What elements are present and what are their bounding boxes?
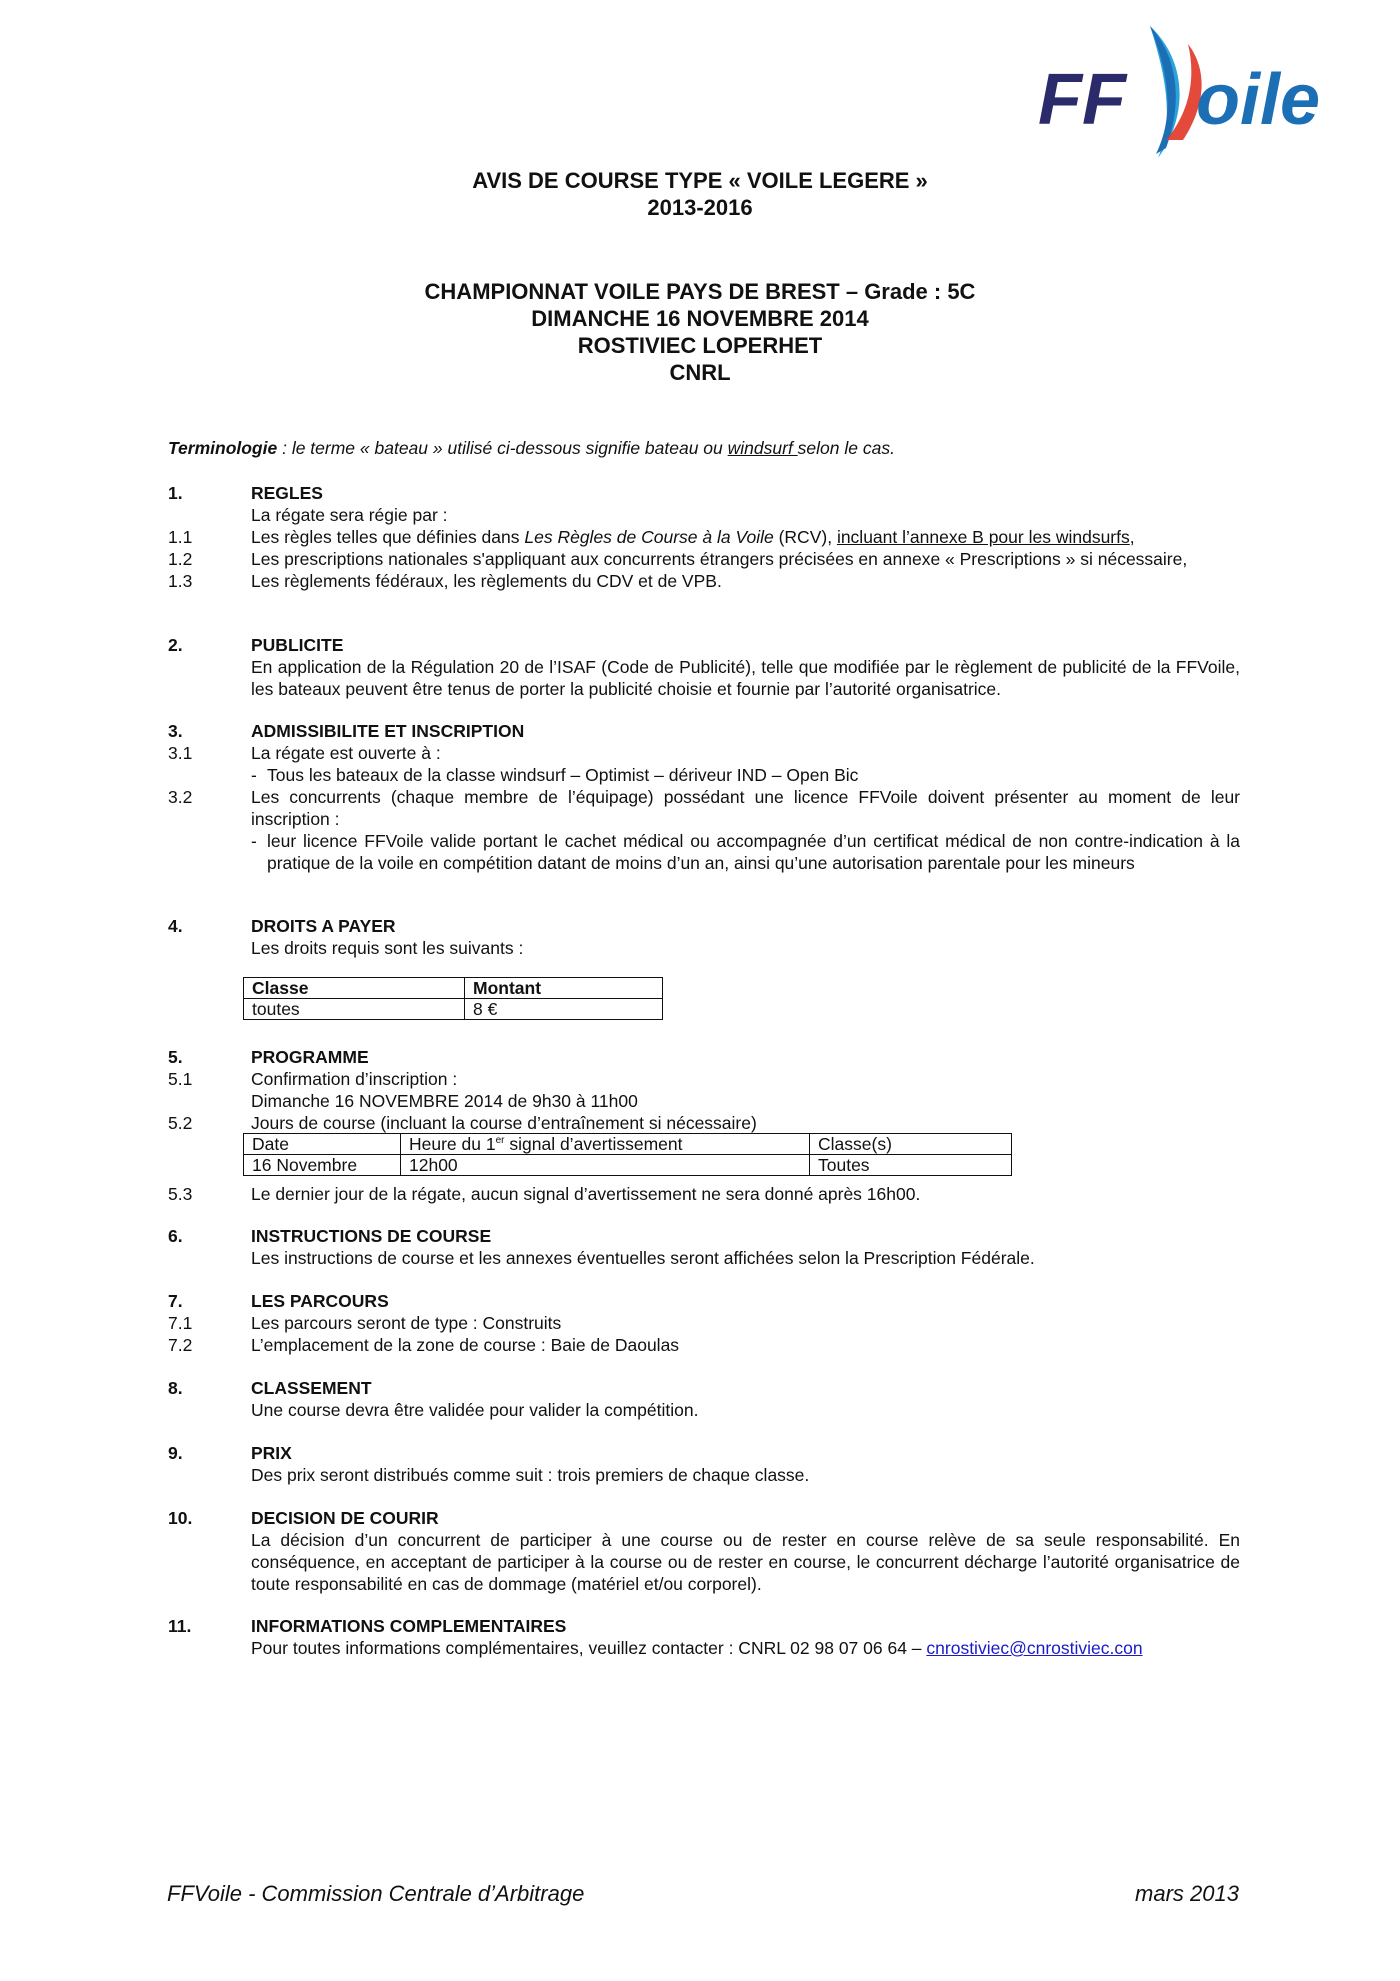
- table-cell: 12h00: [401, 1155, 810, 1176]
- title-line-2: 2013-2016: [0, 194, 1400, 221]
- table-row: 16 Novembre 12h00 Toutes: [244, 1155, 1012, 1176]
- section-text: Les instructions de course et les annexe…: [251, 1247, 1240, 1269]
- bullet-text: Tous les bateaux de la classe windsurf –…: [267, 764, 858, 786]
- section-title: PRIX: [251, 1442, 1240, 1464]
- schedule-table: Date Heure du 1er signal d’avertissement…: [243, 1133, 1012, 1176]
- item-text: Les prescriptions nationales s'appliquan…: [251, 548, 1240, 570]
- event-line-2: DIMANCHE 16 NOVEMBRE 2014: [0, 305, 1400, 332]
- title-line-1: AVIS DE COURSE TYPE « VOILE LEGERE »: [0, 167, 1400, 194]
- section-decision: 10.DECISION DE COURIR La décision d’un c…: [168, 1507, 1240, 1595]
- item-text: Jours de course (incluant la course d’en…: [251, 1112, 1240, 1134]
- item-number: 7.2: [168, 1334, 251, 1356]
- item-text: Confirmation d’inscription :: [251, 1068, 1240, 1090]
- section-title: DECISION DE COURIR: [251, 1507, 1240, 1529]
- terminology: Terminologie : le terme « bateau » utili…: [168, 438, 895, 459]
- section-number: 11.: [168, 1615, 251, 1637]
- table-header-row: Date Heure du 1er signal d’avertissement…: [244, 1134, 1012, 1155]
- section-parcours: 7.LES PARCOURS 7.1Les parcours seront de…: [168, 1290, 1240, 1356]
- section-text: Des prix seront distribués comme suit : …: [251, 1464, 1240, 1486]
- section-title: REGLES: [251, 482, 1240, 504]
- section-classement: 8.CLASSEMENT Une course devra être valid…: [168, 1377, 1240, 1421]
- bullet-text: leur licence FFVoile valide portant le c…: [267, 830, 1240, 874]
- section-prix: 9.PRIX Des prix seront distribués comme …: [168, 1442, 1240, 1486]
- section-text: Pour toutes informations complémentaires…: [251, 1637, 1240, 1659]
- table-header: Heure du 1er signal d’avertissement: [401, 1134, 810, 1155]
- section-title: ADMISSIBILITE ET INSCRIPTION: [251, 720, 1240, 742]
- table-header: Montant: [465, 978, 663, 999]
- section-text: En application de la Régulation 20 de l’…: [251, 656, 1240, 700]
- section-number: 8.: [168, 1377, 251, 1399]
- item-text: Les parcours seront de type : Construits: [251, 1312, 1240, 1334]
- item-text: Les règles telles que définies dans Les …: [251, 526, 1240, 548]
- table-cell: Toutes: [810, 1155, 1012, 1176]
- section-number: 10.: [168, 1507, 251, 1529]
- item-text: Dimanche 16 NOVEMBRE 2014 de 9h30 à 11h0…: [251, 1090, 1240, 1112]
- table-header: Classe: [244, 978, 465, 999]
- section-instructions: 6.INSTRUCTIONS DE COURSE Les instruction…: [168, 1225, 1240, 1269]
- section-informations: 11.INFORMATIONS COMPLEMENTAIRES Pour tou…: [168, 1615, 1240, 1659]
- item-text: La régate est ouverte à :: [251, 742, 1240, 764]
- item-number: 7.1: [168, 1312, 251, 1334]
- event-line-1: CHAMPIONNAT VOILE PAYS DE BREST – Grade …: [0, 278, 1400, 305]
- section-number: 5.: [168, 1046, 251, 1068]
- section-title: INFORMATIONS COMPLEMENTAIRES: [251, 1615, 1240, 1637]
- section-programme: 5.PROGRAMME 5.1Confirmation d’inscriptio…: [168, 1046, 1240, 1134]
- table-cell: toutes: [244, 999, 465, 1020]
- table-header-row: Classe Montant: [244, 978, 663, 999]
- section-number: 4.: [168, 915, 251, 937]
- fees-table: Classe Montant toutes 8 €: [243, 977, 663, 1020]
- item-number: 1.1: [168, 526, 251, 548]
- item-number: 1.2: [168, 548, 251, 570]
- section-number: 7.: [168, 1290, 251, 1312]
- event-line-3: ROSTIVIEC LOPERHET: [0, 332, 1400, 359]
- item-text: L’emplacement de la zone de course : Bai…: [251, 1334, 1240, 1356]
- item-text: Les règlements fédéraux, les règlements …: [251, 570, 1240, 592]
- section-number: 9.: [168, 1442, 251, 1464]
- section-title: LES PARCOURS: [251, 1290, 1240, 1312]
- email-link[interactable]: cnrostiviec@cnrostiviec.con: [926, 1638, 1142, 1658]
- table-cell: 16 Novembre: [244, 1155, 401, 1176]
- sail-logo-icon: FF oile: [1038, 22, 1368, 162]
- event-line-4: CNRL: [0, 359, 1400, 386]
- table-header: Date: [244, 1134, 401, 1155]
- section-title: PUBLICITE: [251, 634, 1240, 656]
- item-number: 3.1: [168, 742, 251, 764]
- section-number: 2.: [168, 634, 251, 656]
- ffvoile-logo: FF oile: [1038, 22, 1368, 162]
- table-row: toutes 8 €: [244, 999, 663, 1020]
- section-title: INSTRUCTIONS DE COURSE: [251, 1225, 1240, 1247]
- terminology-underlined: windsurf: [728, 438, 798, 458]
- table-header: Classe(s): [810, 1134, 1012, 1155]
- section-text: La décision d’un concurrent de participe…: [251, 1529, 1240, 1595]
- section-title: PROGRAMME: [251, 1046, 1240, 1068]
- document-title: AVIS DE COURSE TYPE « VOILE LEGERE » 201…: [0, 167, 1400, 221]
- table-cell: 8 €: [465, 999, 663, 1020]
- section-programme-5-3: 5.3Le dernier jour de la régate, aucun s…: [168, 1183, 1240, 1205]
- section-droits: 4.DROITS A PAYER Les droits requis sont …: [168, 915, 1240, 959]
- section-admissibilite: 3.ADMISSIBILITE ET INSCRIPTION 3.1La rég…: [168, 720, 1240, 874]
- section-text: Une course devra être validée pour valid…: [251, 1399, 1240, 1421]
- section-title: CLASSEMENT: [251, 1377, 1240, 1399]
- item-number: 1.3: [168, 570, 251, 592]
- svg-text:FF: FF: [1038, 60, 1128, 140]
- terminology-text: : le terme « bateau » utilisé ci-dessous…: [277, 438, 727, 458]
- item-number: 3.2: [168, 786, 251, 830]
- svg-text:oile: oile: [1196, 60, 1320, 140]
- event-title: CHAMPIONNAT VOILE PAYS DE BREST – Grade …: [0, 278, 1400, 386]
- section-regles: 1.REGLES La régate sera régie par : 1.1L…: [168, 482, 1240, 592]
- item-number: 5.1: [168, 1068, 251, 1090]
- section-number: 6.: [168, 1225, 251, 1247]
- item-number: 5.3: [168, 1183, 251, 1205]
- section-publicite: 2.PUBLICITE En application de la Régulat…: [168, 634, 1240, 700]
- footer-right: mars 2013: [1135, 1881, 1239, 1907]
- section-text: La régate sera régie par :: [251, 504, 1240, 526]
- section-number: 1.: [168, 482, 251, 504]
- item-text: Le dernier jour de la régate, aucun sign…: [251, 1183, 1240, 1205]
- terminology-text-end: selon le cas.: [798, 438, 895, 458]
- terminology-label: Terminologie: [168, 438, 277, 458]
- item-text: Les concurrents (chaque membre de l’équi…: [251, 786, 1240, 830]
- item-number: 5.2: [168, 1112, 251, 1134]
- section-number: 3.: [168, 720, 251, 742]
- footer-left: FFVoile - Commission Centrale d’Arbitrag…: [167, 1881, 584, 1907]
- section-text: Les droits requis sont les suivants :: [251, 937, 1240, 959]
- section-title: DROITS A PAYER: [251, 915, 1240, 937]
